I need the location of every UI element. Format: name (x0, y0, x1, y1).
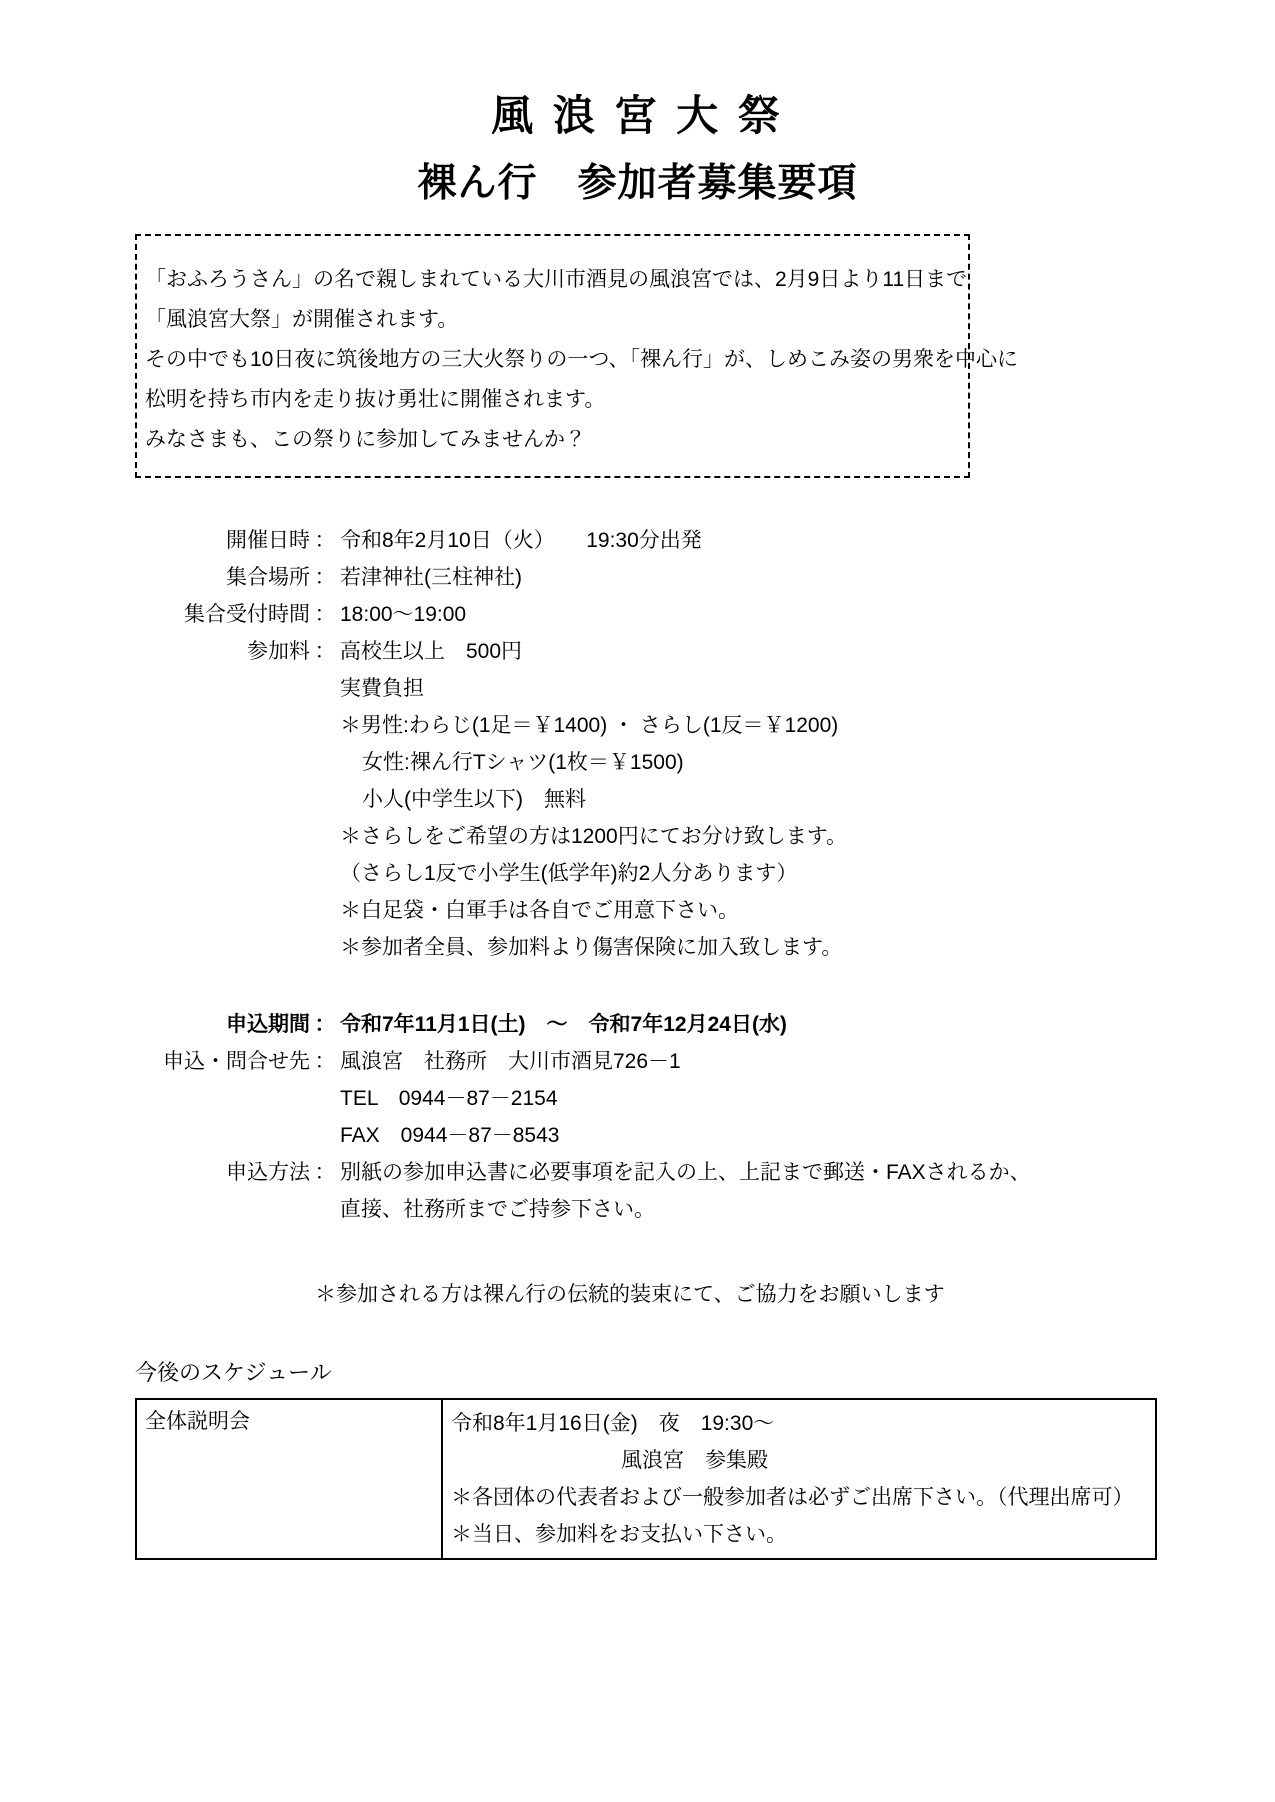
schedule-heading: 今後のスケジュール (135, 1358, 1275, 1388)
application-label: 申込・問合せ先 (0, 1043, 310, 1080)
application-colon (310, 1117, 340, 1154)
intro-line: 松明を持ち市内を走り抜け勇壮に開催されます。 (145, 380, 958, 420)
detail-label (0, 781, 310, 818)
application-colon (310, 1191, 340, 1228)
detail-row: 実費負担 (0, 670, 1275, 707)
detail-value: 実費負担 (340, 670, 424, 707)
detail-value: 高校生以上 500円 (340, 633, 522, 670)
intro-line: 「おふろうさん」の名で親しまれている大川市酒見の風浪宮では、2月9日より11日ま… (145, 260, 958, 300)
detail-label (0, 670, 310, 707)
detail-label (0, 855, 310, 892)
detail-colon: ： (310, 559, 340, 596)
intro-line: 「風浪宮大祭」が開催されます。 (145, 300, 958, 340)
application-value: 令和7年11月1日(土) ～ 令和7年12月24日(水) (340, 1006, 787, 1043)
detail-label (0, 929, 310, 966)
detail-row: 開催日時 ： 令和8年2月10日（火） 19:30分出発 (0, 522, 1275, 559)
detail-label: 参加料 (0, 633, 310, 670)
intro-line: みなさまも、この祭りに参加してみませんか？ (145, 420, 958, 460)
detail-colon (310, 818, 340, 855)
application-value: 別紙の参加申込書に必要事項を記入の上、上記まで郵送・FAXされるか、 (340, 1154, 1031, 1191)
application-colon: ： (310, 1043, 340, 1080)
detail-row: 小人(中学生以下) 無料 (0, 781, 1275, 818)
detail-row: ＊男性:わらじ(1足＝￥1400) ・ さらし(1反＝￥1200) (0, 707, 1275, 744)
detail-value: ＊参加者全員、参加料より傷害保険に加入致します。 (340, 929, 842, 966)
application-label (0, 1080, 310, 1117)
schedule-line: 風浪宮 参集殿 (451, 1442, 1147, 1479)
application-value: TEL 0944－87－2154 (340, 1080, 558, 1117)
detail-label (0, 892, 310, 929)
detail-row: ＊参加者全員、参加料より傷害保険に加入致します。 (0, 929, 1275, 966)
detail-colon (310, 892, 340, 929)
schedule-line: ＊各団体の代表者および一般参加者は必ずご出席下さい。（代理出席可） (451, 1479, 1147, 1516)
detail-label: 開催日時 (0, 522, 310, 559)
detail-value: ＊さらしをご希望の方は1200円にてお分け致します。 (340, 818, 847, 855)
detail-label: 集合受付時間 (0, 596, 310, 633)
detail-value: 女性:裸ん行Tシャツ(1枚＝￥1500) (340, 744, 684, 781)
intro-box: 「おふろうさん」の名で親しまれている大川市酒見の風浪宮では、2月9日より11日ま… (135, 234, 970, 478)
application-row: FAX 0944－87－8543 (0, 1117, 1275, 1154)
detail-colon (310, 707, 340, 744)
detail-colon (310, 855, 340, 892)
event-details-section: 開催日時 ： 令和8年2月10日（火） 19:30分出発 集合場所 ： 若津神社… (0, 522, 1275, 966)
detail-value: 18:00～19:00 (340, 596, 466, 633)
detail-colon (310, 929, 340, 966)
participation-note: ＊参加される方は裸ん行の伝統的装束にて、ご協力をお願いします (315, 1280, 1275, 1310)
schedule-line: 令和8年1月16日(金) 夜 19:30～ (451, 1405, 1147, 1442)
detail-label (0, 744, 310, 781)
application-label (0, 1191, 310, 1228)
application-value: FAX 0944－87－8543 (340, 1117, 559, 1154)
application-label: 申込期間 (0, 1006, 310, 1043)
detail-row: ＊白足袋・白軍手は各自でご用意下さい。 (0, 892, 1275, 929)
application-colon: ： (310, 1006, 340, 1043)
page-subtitle: 裸ん行 参加者募集要項 (0, 160, 1275, 208)
detail-row: 集合場所 ： 若津神社(三柱神社) (0, 559, 1275, 596)
application-label: 申込方法 (0, 1154, 310, 1191)
detail-row: 参加料 ： 高校生以上 500円 (0, 633, 1275, 670)
detail-colon: ： (310, 522, 340, 559)
application-row: 申込方法 ： 別紙の参加申込書に必要事項を記入の上、上記まで郵送・FAXされるか… (0, 1154, 1275, 1191)
application-row: 直接、社務所までご持参下さい。 (0, 1191, 1275, 1228)
detail-value: 小人(中学生以下) 無料 (340, 781, 586, 818)
detail-row: ＊さらしをご希望の方は1200円にてお分け致します。 (0, 818, 1275, 855)
detail-row: （さらし1反で小学生(低学年)約2人分あります） (0, 855, 1275, 892)
detail-label (0, 707, 310, 744)
detail-value: 令和8年2月10日（火） 19:30分出発 (340, 522, 702, 559)
detail-value: ＊男性:わらじ(1足＝￥1400) ・ さらし(1反＝￥1200) (340, 707, 838, 744)
detail-row: 集合受付時間 ： 18:00～19:00 (0, 596, 1275, 633)
schedule-row-label: 全体説明会 (136, 1399, 442, 1559)
detail-colon (310, 670, 340, 707)
application-row: 申込期間 ： 令和7年11月1日(土) ～ 令和7年12月24日(水) (0, 1006, 1275, 1043)
application-value: 直接、社務所までご持参下さい。 (340, 1191, 655, 1228)
page-title: 風 浪 宮 大 祭 (0, 92, 1275, 140)
application-section: 申込期間 ： 令和7年11月1日(土) ～ 令和7年12月24日(水) 申込・問… (0, 1006, 1275, 1228)
detail-colon: ： (310, 633, 340, 670)
detail-value: （さらし1反で小学生(低学年)約2人分あります） (340, 855, 797, 892)
detail-value: ＊白足袋・白軍手は各自でご用意下さい。 (340, 892, 739, 929)
detail-label (0, 818, 310, 855)
document-page: 風 浪 宮 大 祭 裸ん行 参加者募集要項 「おふろうさん」の名で親しまれている… (0, 0, 1275, 1802)
schedule-row-details: 令和8年1月16日(金) 夜 19:30～ 風浪宮 参集殿 ＊各団体の代表者およ… (442, 1399, 1156, 1559)
application-row: TEL 0944－87－2154 (0, 1080, 1275, 1117)
application-label (0, 1117, 310, 1154)
detail-label: 集合場所 (0, 559, 310, 596)
detail-colon (310, 781, 340, 818)
detail-row: 女性:裸ん行Tシャツ(1枚＝￥1500) (0, 744, 1275, 781)
intro-line: その中でも10日夜に筑後地方の三大火祭りの一つ、「裸ん行」が、しめこみ姿の男衆を… (145, 340, 958, 380)
detail-value: 若津神社(三柱神社) (340, 559, 522, 596)
schedule-row: 全体説明会 令和8年1月16日(金) 夜 19:30～ 風浪宮 参集殿 ＊各団体… (136, 1399, 1156, 1559)
detail-colon (310, 744, 340, 781)
schedule-line: ＊当日、参加料をお支払い下さい。 (451, 1516, 1147, 1553)
detail-colon: ： (310, 596, 340, 633)
application-colon: ： (310, 1154, 340, 1191)
application-colon (310, 1080, 340, 1117)
application-value: 風浪宮 社務所 大川市酒見726－1 (340, 1043, 681, 1080)
schedule-table: 全体説明会 令和8年1月16日(金) 夜 19:30～ 風浪宮 参集殿 ＊各団体… (135, 1398, 1157, 1560)
application-row: 申込・問合せ先 ： 風浪宮 社務所 大川市酒見726－1 (0, 1043, 1275, 1080)
